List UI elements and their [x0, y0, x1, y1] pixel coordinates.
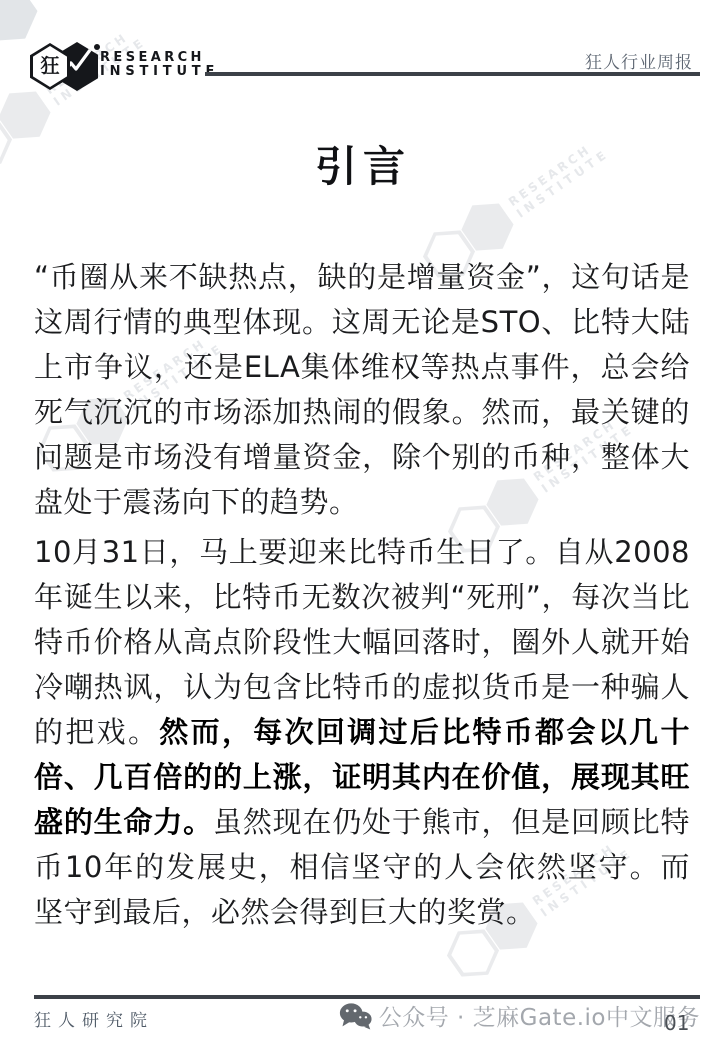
header-report-name: 狂人行业周报 [585, 48, 693, 73]
paragraph-1: “币圈从来不缺热点，缺的是增量资金”，这句话是这周行情的典型体现。这周无论是ST… [34, 255, 690, 525]
brand-wordmark: RESEARCH INSTITUTE [100, 52, 219, 78]
paragraph-2: 10月31日，马上要迎来比特币生日了。自从2008年诞生以来，比特币无数次被判“… [34, 530, 690, 935]
logo-chart-endpoint-dot-icon [94, 44, 100, 50]
footer-institute-name: 狂人研究院 [34, 1006, 154, 1031]
page-number: 01 [664, 1011, 689, 1035]
footer-wechat-watermark: 公众号 · 芝麻Gate.io中文服务 [339, 999, 700, 1032]
page-title: 引言 [0, 134, 720, 194]
report-page: RESEARCH INSTITUTE RESEARCH INSTITUTE RE… [0, 0, 720, 1040]
watermark-hexagon-icon [453, 192, 521, 262]
wechat-icon [339, 1002, 372, 1030]
header-divider [205, 72, 700, 76]
brand-line-2: INSTITUTE [100, 66, 219, 78]
watermark-hexagon-icon [0, 0, 47, 53]
brand-line-1: RESEARCH [100, 52, 219, 64]
footer-wechat-text: 公众号 · 芝麻Gate.io中文服务 [379, 999, 700, 1032]
